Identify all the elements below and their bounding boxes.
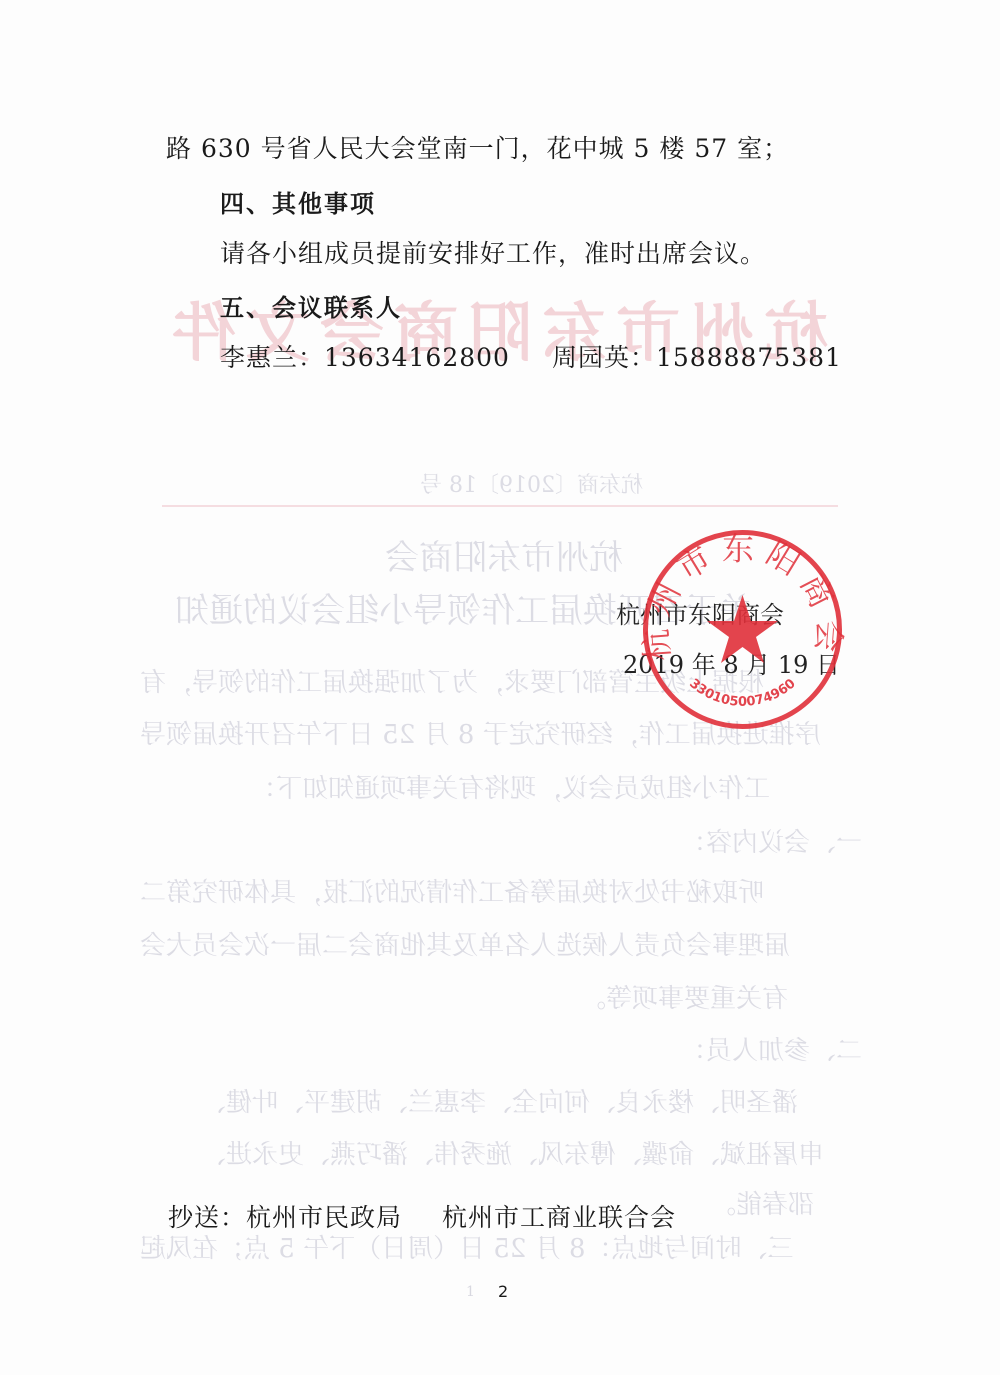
bleed-body-line: 听取秘书处对换届筹备工作情况的汇报，具体研究第二 [140, 872, 764, 909]
section-heading-contacts: 五、会议联系人 [220, 288, 402, 323]
bleed-title-1: 杭州市东阳商会 [385, 530, 623, 579]
bleed-doc-number: 杭东商〔2019〕18 号 [420, 468, 643, 499]
bleed-body-line: 二、参加人员： [680, 1030, 862, 1067]
cc-line: 抄送：杭州市民政局杭州市工商业联合会 [168, 1198, 676, 1234]
address-continuation: 路 630 号省人民大会堂南一门，花中城 5 楼 57 室； [166, 129, 789, 165]
bleed-body-line: 一、会议内容： [680, 822, 862, 859]
contact-li-huilan: 李惠兰：13634162800 [220, 338, 510, 374]
bleed-body-line: 潘圣明、楼永良、何向全、李惠兰、胡建平、叶健、 [200, 1082, 798, 1119]
bleed-body-line: 届理事会负责人候选人名单及其他商会二届一次会员大会 [140, 925, 790, 962]
bleed-body-line: 工作小组成员会议，现将有关事项通知如下： [250, 768, 770, 805]
official-seal-icon: 杭州市东阳商会 3301050074960 [640, 527, 845, 732]
contact-zhou-yuanying: 周园英：15888875381 [552, 338, 842, 374]
section-body-other-matters: 请各小组成员提前安排好工作，准时出席会议。 [220, 234, 766, 270]
page-number: 2 [498, 1282, 508, 1301]
section-heading-other-matters: 四、其他事项 [220, 184, 376, 219]
bleed-body-line: 申屠祖斌、俞骥、傅东风、施秀伟、潘巧燕、史永进、 [200, 1134, 824, 1171]
document-page: 杭州市东阳商会文件 杭东商〔2019〕18 号 杭州市东阳商会 关于召开换届工作… [0, 0, 1000, 1375]
bleed-body-line: 有关重要事项等。 [580, 978, 788, 1015]
bleed-page-number: 1 [466, 1284, 475, 1300]
contacts-line: 李惠兰：13634162800周园英：15888875381 [220, 338, 842, 374]
svg-text:3301050074960: 3301050074960 [686, 676, 798, 710]
bleed-body-line: 邵春能。 [710, 1184, 814, 1221]
cc-label: 抄送： [168, 1203, 246, 1232]
cc-recipient-civil-affairs: 杭州市民政局 [246, 1203, 402, 1232]
bleed-red-rule [162, 505, 838, 507]
cc-recipient-federation: 杭州市工商业联合会 [442, 1203, 676, 1232]
